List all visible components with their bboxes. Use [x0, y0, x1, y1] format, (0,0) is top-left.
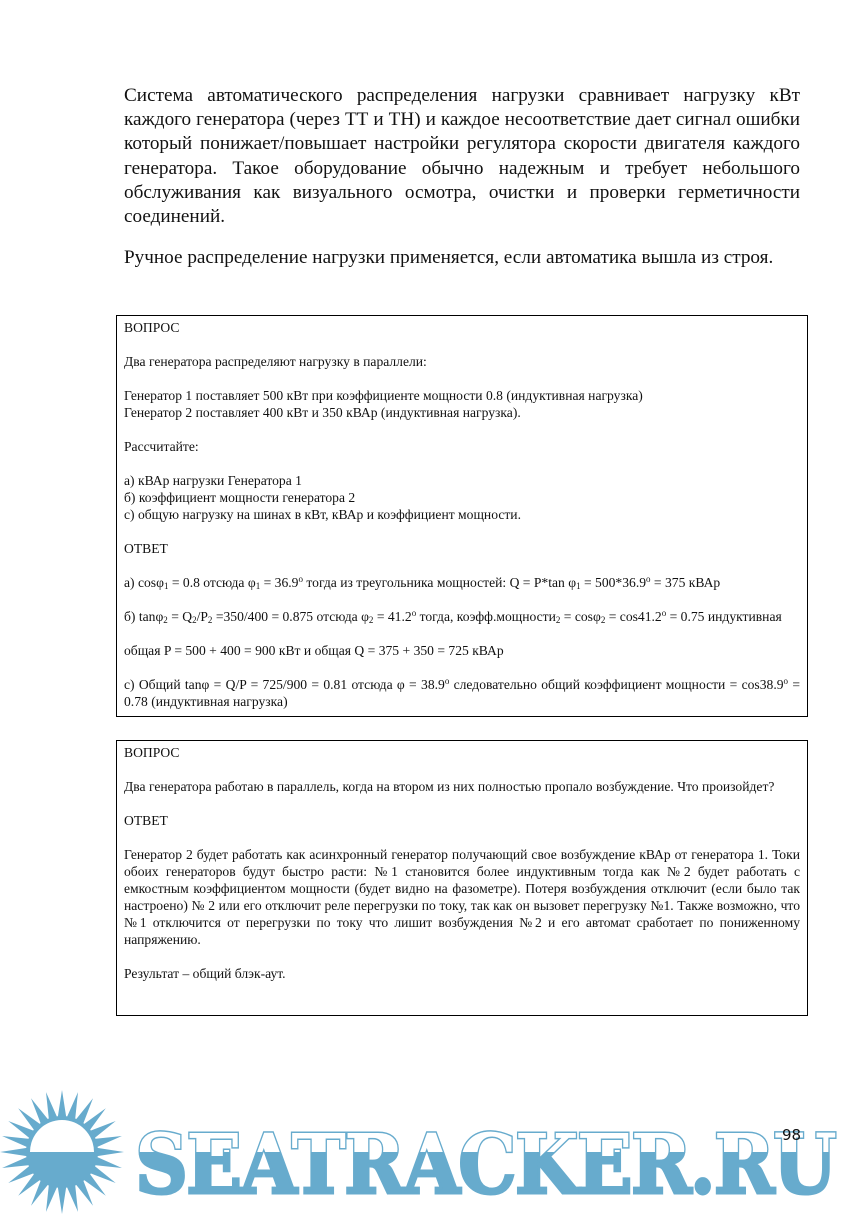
- answer-label: ОТВЕТ: [124, 540, 800, 557]
- generator-1-spec: Генератор 1 поставляет 500 кВт при коэфф…: [124, 387, 800, 404]
- answer-b: б) tanφ2 = Q2/P2 =350/400 = 0.875 отсюда…: [124, 608, 800, 625]
- sun-icon: SEATRACKER.RU SEATRACKER.RU SEATRACKER.R…: [0, 1090, 863, 1220]
- answer-c: с) Общий tanφ = Q/P = 725/900 = 0.81 отс…: [124, 676, 800, 710]
- question-label: ВОПРОС: [124, 319, 800, 336]
- intro-text-2: Ручное распределение нагрузки применяетс…: [124, 246, 800, 270]
- question-label: ВОПРОС: [124, 744, 800, 761]
- answer-label: ОТВЕТ: [124, 812, 800, 829]
- calculate-label: Рассчитайте:: [124, 438, 800, 455]
- task-a: а) кВАр нагрузки Генератора 1: [124, 472, 800, 489]
- result-text: Результат – общий блэк-аут.: [124, 965, 800, 982]
- answer-text: Генератор 2 будет работать как асинхронн…: [124, 846, 800, 948]
- qa-box-load-sharing: ВОПРОС Два генератора распределяют нагру…: [116, 315, 808, 717]
- intro-paragraph-1: Система автоматического распределения на…: [124, 84, 800, 229]
- page-number: 98: [782, 1126, 801, 1144]
- question-intro: Два генератора распределяют нагрузку в п…: [124, 353, 800, 370]
- total-load-line: общая P = 500 + 400 = 900 кВт и общая Q …: [124, 642, 800, 659]
- answer-a: а) cosφ1 = 0.8 отсюда φ1 = 36.9o тогда и…: [124, 574, 800, 591]
- task-c: с) общую нагрузку на шинах в кВт, кВАр и…: [124, 506, 800, 523]
- qa-box-excitation-loss: ВОПРОС Два генератора работаю в параллел…: [116, 740, 808, 1016]
- generator-2-spec: Генератор 2 поставляет 400 кВт и 350 кВА…: [124, 404, 800, 421]
- question-text: Два генератора работаю в параллель, когд…: [124, 778, 800, 795]
- intro-paragraph-2: Ручное распределение нагрузки применяетс…: [124, 246, 800, 270]
- intro-text-1: Система автоматического распределения на…: [124, 84, 800, 229]
- task-b: б) коэффициент мощности генератора 2: [124, 489, 800, 506]
- seatracker-logo: SEATRACKER.RU SEATRACKER.RU SEATRACKER.R…: [0, 1090, 863, 1220]
